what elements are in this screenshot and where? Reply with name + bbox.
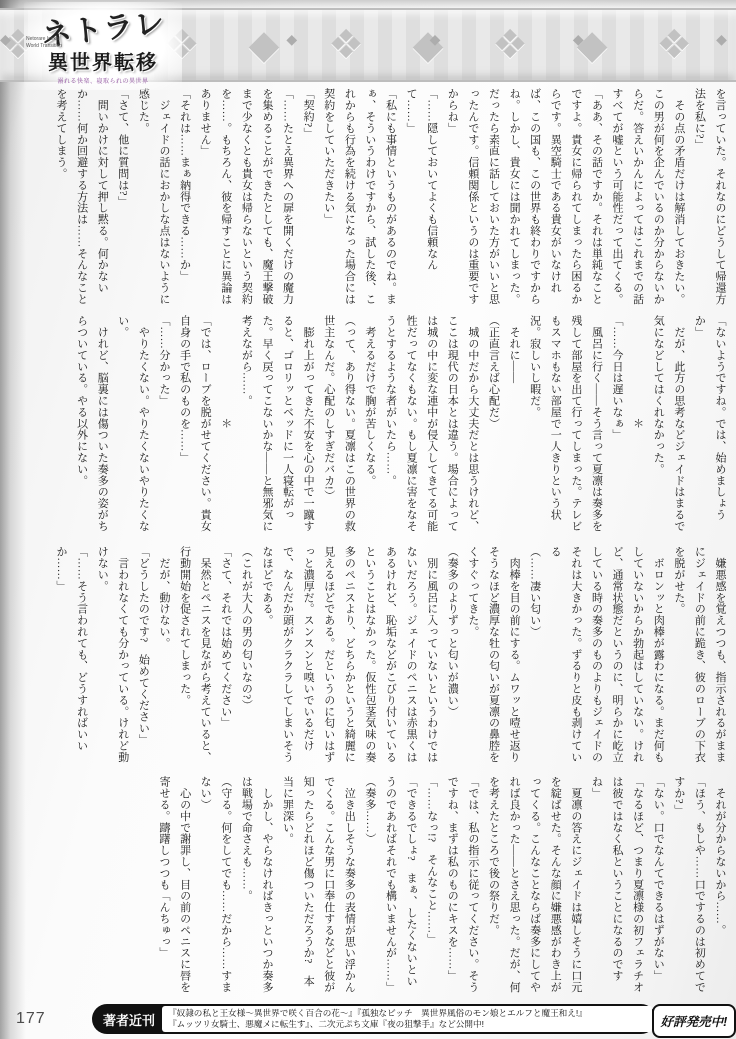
- author-recent-works-label: 著者近刊: [96, 1010, 162, 1029]
- author-titles-box: 『奴隷の私と王女様〜異世界で咲く百合の花〜』『孤独なビッチ 異世界風俗のモン娘と…: [162, 1006, 652, 1032]
- author-titles-line2: 『ムッツリ女騎士、悪魔メに転生す』、二次元ぷち文庫『夜の狙撃手』など公開中!: [168, 1019, 646, 1030]
- author-titles-line1: 『奴隷の私と王女様〜異世界で咲く百合の花〜』『孤独なビッチ 異世界風俗のモン娘と…: [168, 1008, 646, 1019]
- page-number: 177: [16, 1010, 46, 1028]
- author-works-bar: 著者近刊 『奴隷の私と王女様〜異世界で咲く百合の花〜』『孤独なビッチ 異世界風俗…: [92, 1004, 656, 1034]
- page-spine-shadow: [0, 0, 26, 1039]
- on-sale-badge: 好評発売中!: [652, 1004, 736, 1038]
- logo-romaji: Netorare Isekai World Transition: [26, 36, 66, 50]
- text-block-1: を言っていた。それなのにどうして帰還方法を私に?」 その点の矛盾だけは解消してお…: [28, 88, 730, 308]
- book-logo: ネトラレ 異世界転移 Netorare Isekai World Transit…: [24, 2, 182, 90]
- text-block-3: 嫌悪感を覚えつつも、指示されるがままにジェイドの前に跪き、彼のローブの下衣を脱が…: [28, 546, 730, 766]
- page-footer: 177 著者近刊 『奴隷の私と王女様〜異世界で咲く百合の花〜』『孤独なビッチ 異…: [0, 1002, 736, 1039]
- text-block-2: 「ないようですね。では、始めましょうか」 だが、此方の思考などジェイドはまるで気…: [28, 315, 730, 535]
- logo-tagline: 溺れる快楽、寝取られの異世界: [24, 76, 182, 85]
- text-block-4: それが分からないから……。 「ほう、もしや……口でするのは初めてですか?」 「な…: [28, 776, 730, 996]
